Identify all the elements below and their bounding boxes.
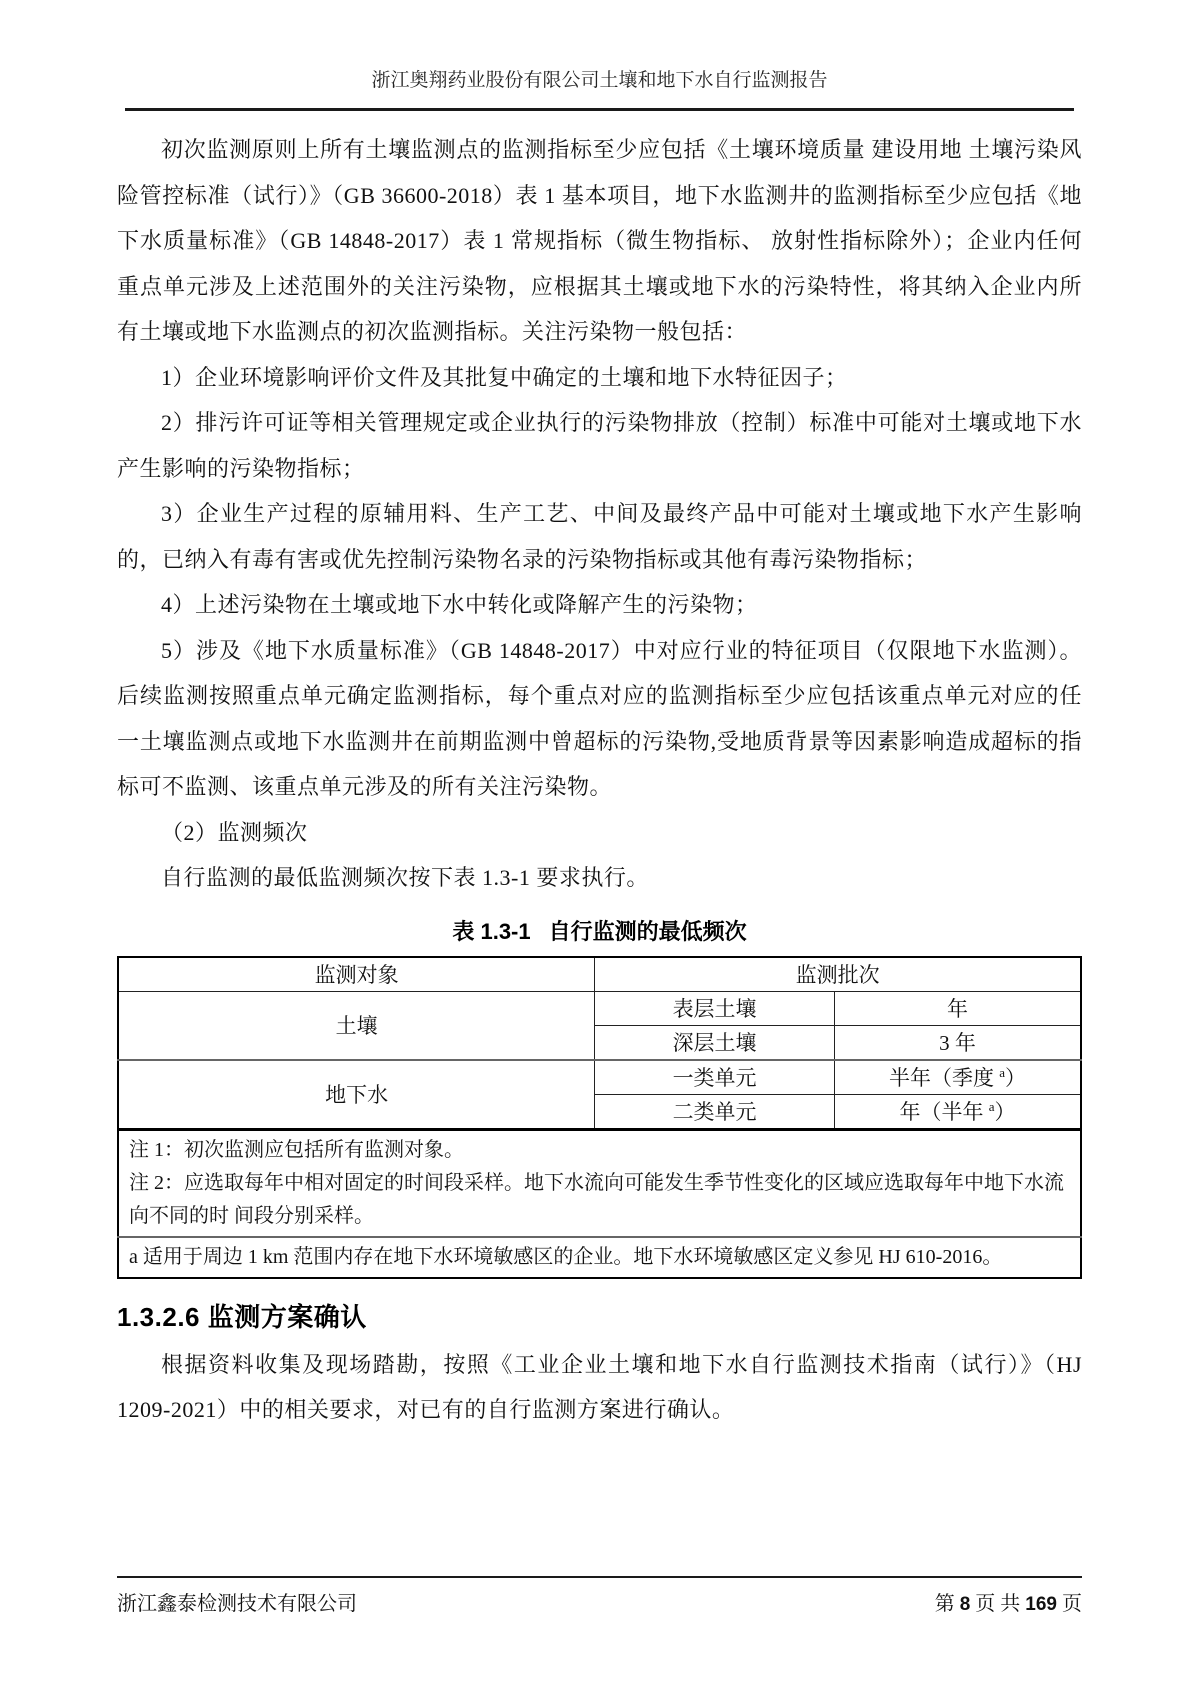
footer-page-mid: 页 共 — [975, 1593, 1020, 1615]
table-notes-row: 注 1：初次监测应包括所有监测对象。 注 2：应选取每年中相对固定的时间段采样。… — [118, 1129, 1081, 1237]
cell-gw-class1-freq: 半年（季度 a） — [834, 1060, 1081, 1095]
column-header-batch: 监测批次 — [595, 957, 1081, 992]
table-footnote-cell: a 适用于周边 1 km 范围内存在地下水环境敏感区的企业。地下水环境敏感区定义… — [118, 1237, 1081, 1278]
intro-paragraph: 初次监测原则上所有土壤监测点的监测指标至少应包括《土壤环境质量 建设用地 土壤污… — [117, 127, 1082, 355]
cell-soil-surface-freq: 年 — [834, 991, 1081, 1025]
document-page: 浙江奥翔药业股份有限公司土壤和地下水自行监测报告 初次监测原则上所有土壤监测点的… — [0, 0, 1199, 1696]
frequency-table: 监测对象 监测批次 土壤 表层土壤 年 深层土壤 3 年 地下水 一类单元 半年… — [117, 956, 1082, 1279]
footer-page-prefix: 第 — [935, 1593, 955, 1615]
footer-page-number: 8 — [960, 1594, 971, 1615]
cell-soil-label: 土壤 — [118, 991, 595, 1060]
section-heading: 1.3.2.6 监测方案确认 — [117, 1297, 1082, 1334]
table-title-text: 自行监测的最低频次 — [549, 919, 747, 944]
footer-page-info: 第8页 共169页 — [935, 1587, 1082, 1616]
section-paragraph: 根据资料收集及现场踏勘，按照《工业企业土壤和地下水自行监测技术指南（试行）》（H… — [117, 1342, 1082, 1433]
cell-gw-class2-freq: 年（半年 a） — [834, 1094, 1081, 1129]
column-header-object: 监测对象 — [118, 957, 595, 992]
list-item-5: 5）涉及《地下水质量标准》（GB 14848-2017）中对应行业的特征项目（仅… — [117, 628, 1082, 810]
gw-class2-freq-close: ） — [994, 1100, 1015, 1124]
footer-company: 浙江鑫泰检测技术有限公司 — [117, 1587, 357, 1616]
table-header-row: 监测对象 监测批次 — [118, 957, 1081, 992]
cell-gw-class1-type: 一类单元 — [595, 1060, 835, 1095]
table-note-2: 注 2：应选取每年中相对固定的时间段采样。地下水流向可能发生季节性变化的区域应选… — [129, 1167, 1070, 1233]
cell-soil-surface-type: 表层土壤 — [595, 991, 835, 1025]
page-footer: 浙江鑫泰检测技术有限公司 第8页 共169页 — [117, 1576, 1082, 1616]
cell-gw-class2-type: 二类单元 — [595, 1094, 835, 1129]
table-notes-cell: 注 1：初次监测应包括所有监测对象。 注 2：应选取每年中相对固定的时间段采样。… — [118, 1129, 1081, 1237]
gw-class1-freq-text: 半年（季度 — [889, 1066, 999, 1090]
list-item-1: 1）企业环境影响评价文件及其批复中确定的土壤和地下水特征因子； — [117, 355, 1082, 401]
list-item-4: 4）上述污染物在土壤或地下水中转化或降解产生的污染物； — [117, 582, 1082, 628]
table-row-gw-class1: 地下水 一类单元 半年（季度 a） — [118, 1060, 1081, 1095]
page-header: 浙江奥翔药业股份有限公司土壤和地下水自行监测报告 — [125, 68, 1074, 111]
table-title-label: 表 1.3-1 — [452, 919, 530, 944]
table-note-1: 注 1：初次监测应包括所有监测对象。 — [129, 1134, 1070, 1167]
table-footnote-row: a 适用于周边 1 km 范围内存在地下水环境敏感区的企业。地下水环境敏感区定义… — [118, 1237, 1081, 1278]
page-header-title: 浙江奥翔药业股份有限公司土壤和地下水自行监测报告 — [371, 70, 827, 91]
table-row-soil-surface: 土壤 表层土壤 年 — [118, 991, 1081, 1025]
footer-page-suffix: 页 — [1062, 1593, 1082, 1615]
cell-soil-deep-freq: 3 年 — [834, 1025, 1081, 1060]
table-title: 表 1.3-1自行监测的最低频次 — [117, 915, 1082, 946]
document-body: 初次监测原则上所有土壤监测点的监测指标至少应包括《土壤环境质量 建设用地 土壤污… — [117, 127, 1082, 1433]
gw-class1-freq-close: ） — [1005, 1066, 1026, 1090]
frequency-intro: 自行监测的最低监测频次按下表 1.3-1 要求执行。 — [117, 855, 1082, 901]
cell-groundwater-label: 地下水 — [118, 1060, 595, 1130]
footer-page-total: 169 — [1025, 1594, 1057, 1615]
list-item-3: 3）企业生产过程的原辅用料、生产工艺、中间及最终产品中可能对土壤或地下水产生影响… — [117, 491, 1082, 582]
list-item-2: 2）排污许可证等相关管理规定或企业执行的污染物排放（控制）标准中可能对土壤或地下… — [117, 400, 1082, 491]
frequency-subheading: （2）监测频次 — [117, 810, 1082, 856]
cell-soil-deep-type: 深层土壤 — [595, 1025, 835, 1060]
gw-class2-freq-text: 年（半年 — [899, 1100, 988, 1124]
